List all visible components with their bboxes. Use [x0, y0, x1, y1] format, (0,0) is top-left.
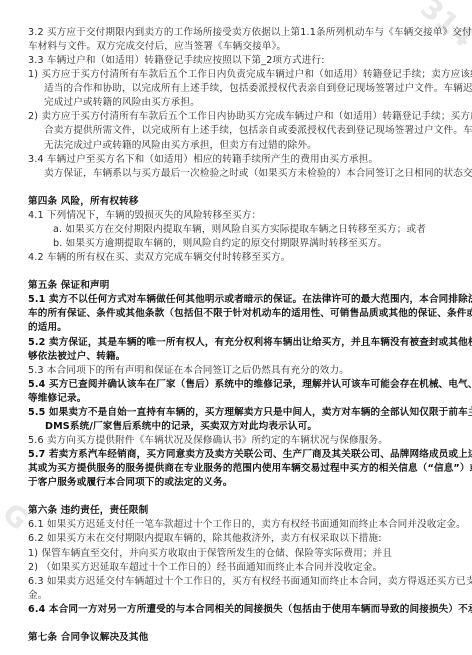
clause-line: 于客户服务或履行本合同项下的或法定的义务。 [28, 476, 458, 492]
clause-line: 6.2 如果买方未在交付期限内提取车辆的，除其他救济外，卖方有权采取以下措施: [28, 532, 458, 548]
section-heading: 第七条 合同争议解决及其他 [28, 631, 458, 647]
clause-line: 卖方保证，车辆系以与买方最后一次检验之时或（如果买方未检验的）本合同签订之日相同… [44, 167, 458, 183]
clause-line: 4.2 车辆的所有权在买、卖双方完成车辆交付时转移至买方。 [28, 251, 458, 267]
clause-line: 6.4 本合同一方对另一方所遭受的与本合同相关的间接损失（包括由于使用车辆而导致… [28, 603, 458, 619]
contract-page: 314G3.2 买方应于交付期限内到卖方的工作场所接受卖方依据以上第1.1条所列… [0, 0, 472, 655]
clause-line: 的适用。 [28, 321, 458, 337]
clause-line: 合卖方提供所需文件，以完成所有上述手续，包括亲自或委派授权代表到登记现场签署过户… [44, 124, 458, 140]
